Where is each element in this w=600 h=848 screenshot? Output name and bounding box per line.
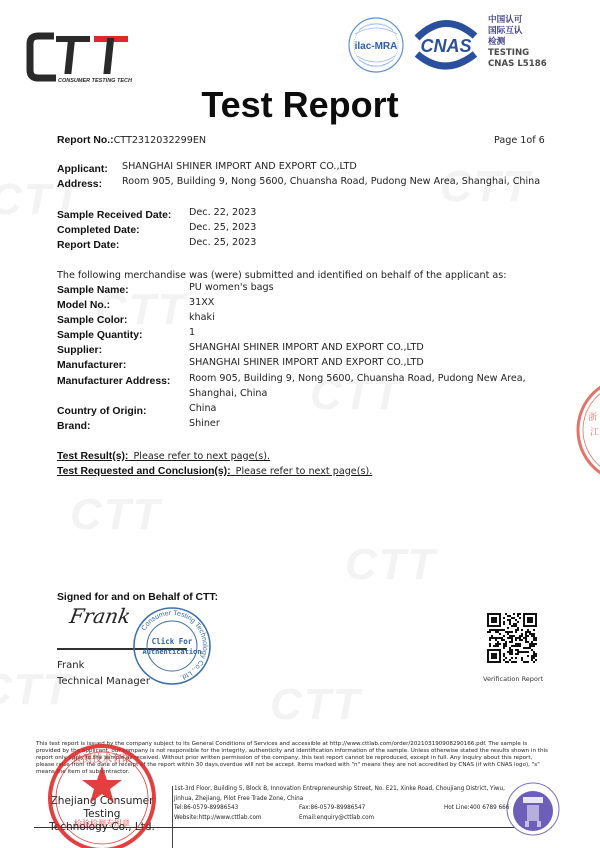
cnas-logo: CNAS	[417, 23, 475, 66]
accreditation-logos: ilac-MRA CNAS	[345, 14, 485, 80]
disclaimer-line: provided by the applicant, our company i…	[36, 748, 571, 755]
sample-row: Country of Origin: China	[57, 401, 146, 416]
signature-heading: Signed for and on Behalf of CTT:	[57, 587, 218, 602]
svg-text:ilac-MRA: ilac-MRA	[355, 41, 398, 52]
verification-label: Verification Report	[483, 675, 543, 683]
handwritten-signature: Frank	[68, 604, 133, 628]
footer-company-name: Zhejiang Consumer Testing Technology Co.…	[34, 795, 170, 834]
svg-text:Click For: Click For	[152, 637, 193, 646]
address-row: Address: Room 905, Building 9, Nong 5600…	[57, 174, 102, 189]
cnas-number: CNAS L5186	[488, 59, 547, 70]
authentication-seal[interactable]: Consumer Testing Technology Co., Ltd. Cl…	[132, 606, 212, 690]
conclusion-row: Test Requested and Conclusion(s): Please…	[57, 461, 372, 476]
report-number-label: Report No.:	[57, 135, 114, 146]
verification-qr-code[interactable]	[487, 613, 537, 663]
date-value: Dec. 25, 2023	[189, 235, 256, 250]
ilac-mra-logo: ilac-MRA	[349, 18, 403, 72]
sample-label: Manufacturer Address:	[57, 376, 170, 387]
applicant-value: SHANGHAI SHINER IMPORT AND EXPORT CO.,LT…	[122, 159, 357, 174]
sample-value: khaki	[189, 310, 215, 325]
disclaimer-text: This test report is issued by the compan…	[36, 741, 571, 776]
footer-address-line: 1st-3rd Floor, Building 5, Block B, Inno…	[174, 785, 505, 795]
ctt-watermark: CTT	[70, 490, 162, 540]
disclaimer-line: please raise from the date of receipt of…	[36, 762, 571, 769]
sample-row: Manufacturer Address: Room 905, Building…	[57, 371, 170, 386]
signer-name-text: Frank	[57, 660, 84, 671]
footer-tel: Tel:86-0579-89986543	[174, 805, 238, 811]
sample-label: Brand:	[57, 421, 90, 432]
sample-value: SHANGHAI SHINER IMPORT AND EXPORT CO.,LT…	[189, 340, 424, 355]
disclaimer-line: This test report is issued by the compan…	[36, 741, 571, 748]
company-line: Zhejiang Consumer Testing	[34, 795, 170, 821]
date-row: Report Date: Dec. 25, 2023	[57, 235, 119, 250]
svg-text:浙: 浙	[588, 411, 597, 423]
date-row: Sample Received Date: Dec. 22, 2023	[57, 205, 171, 220]
svg-text:江: 江	[590, 427, 599, 438]
signer-name: Frank	[57, 655, 84, 670]
signature-heading-text: Signed for and on Behalf of CTT:	[57, 592, 218, 603]
company-emblem-icon	[505, 781, 561, 837]
report-number: CTT2312032299EN	[114, 135, 207, 146]
ctt-logo: CONSUMER TESTING TECH	[26, 30, 136, 86]
company-line: Technology Co., Ltd.	[34, 821, 170, 834]
date-row: Completed Date: Dec. 25, 2023	[57, 220, 140, 235]
disclaimer-line: means the item of subcontractor.	[36, 769, 571, 776]
sample-row: Supplier: SHANGHAI SHINER IMPORT AND EXP…	[57, 340, 102, 355]
disclaimer-line: report only apply to the sample as recei…	[36, 755, 571, 762]
footer-fax: Fax:86-0579-89986547	[299, 804, 365, 814]
footer-divider	[172, 786, 173, 848]
footer-contact-info: 1st-3rd Floor, Building 5, Block B, Inno…	[174, 785, 505, 823]
sample-value: 31XX	[189, 295, 214, 310]
sample-row: Manufacturer: SHANGHAI SHINER IMPORT AND…	[57, 355, 126, 370]
page-number: Page 1of 6	[494, 135, 545, 146]
conclusion-label: Test Requested and Conclusion(s):	[57, 466, 231, 477]
sample-value: SHANGHAI SHINER IMPORT AND EXPORT CO.,LT…	[189, 355, 424, 370]
sample-label: Manufacturer:	[57, 360, 126, 371]
intro-text: The following merchandise was (were) sub…	[57, 265, 507, 280]
date-label: Report Date:	[57, 240, 119, 251]
sample-value: PU women's bags	[189, 280, 274, 295]
address-value: Room 905, Building 9, Nong 5600, Chuansh…	[122, 174, 540, 189]
date-value: Dec. 25, 2023	[189, 220, 256, 235]
footer-hotline: Hot Line:400 6789 666	[444, 804, 509, 814]
company-seal-partial: 浙 江	[575, 375, 600, 485]
cn-line: 中国认可	[488, 15, 547, 26]
sample-value: Shanghai, China	[189, 386, 267, 401]
svg-text:Authentication: Authentication	[142, 648, 201, 656]
sample-row: Sample Name: PU women's bags	[57, 280, 129, 295]
page-title: Test Report	[0, 84, 600, 126]
cnas-accreditation-text: 中国认可 国际互认 检测 TESTING CNAS L5186	[488, 15, 547, 70]
footer-address-line: Jinhua, Zhejiang, Pilot Free Trade Zone,…	[174, 795, 505, 805]
sample-value: China	[189, 401, 216, 416]
conclusion-value: Please refer to next page(s).	[236, 466, 373, 477]
cn-line: 国际互认	[488, 26, 547, 37]
sample-value: Room 905, Building 9, Nong 5600, Chuansh…	[189, 371, 526, 386]
footer-email-link[interactable]: Email:enquiry@cttlab.com	[299, 814, 374, 824]
sample-value: Shiner	[189, 416, 220, 431]
ctt-watermark: CTT	[270, 680, 362, 730]
cn-line: 检测	[488, 37, 547, 48]
address-label: Address:	[57, 179, 102, 190]
svg-text:CNAS: CNAS	[420, 36, 471, 56]
sample-row: Brand: Shiner	[57, 416, 90, 431]
sample-value: 1	[189, 325, 195, 340]
sample-row: Sample Color: khaki	[57, 310, 127, 325]
applicant-row: Applicant: SHANGHAI SHINER IMPORT AND EX…	[57, 159, 108, 174]
date-value: Dec. 22, 2023	[189, 205, 256, 220]
sample-row: Model No.: 31XX	[57, 295, 110, 310]
sample-row: Sample Quantity: 1	[57, 325, 142, 340]
test-result-row: Test Result(s): Please refer to next pag…	[57, 446, 270, 461]
report-number-row: Report No.:CTT2312032299EN	[57, 130, 206, 145]
testing-label: TESTING	[488, 48, 547, 59]
footer-website-link[interactable]: Website:http://www.cttlab.com	[174, 815, 261, 821]
page-indicator: Page 1of 6	[494, 130, 545, 145]
ctt-watermark: CTT	[345, 540, 437, 590]
